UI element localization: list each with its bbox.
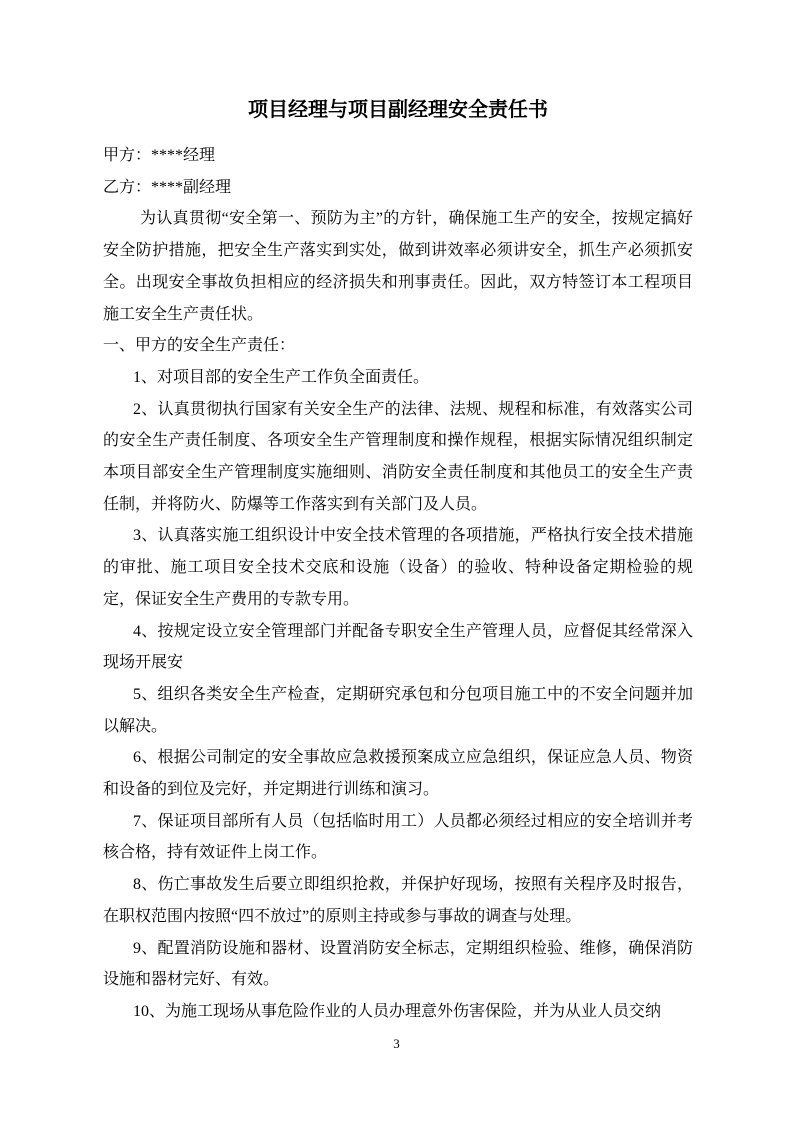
section-item-7: 7、保证项目部所有人员（包括临时用工）人员都必须经过相应的安全培训并考核合格，持…	[103, 806, 693, 869]
section-item-4: 4、按规定设立安全管理部门并配备专职安全生产管理人员，应督促其经常深入现场开展安	[103, 616, 693, 679]
section-item-10: 10、为施工现场从事危险作业的人员办理意外伤害保险，并为从业人员交纳	[103, 996, 693, 1028]
section-heading: 一、甲方的安全生产责任：	[103, 330, 693, 362]
party-b-line: 乙方：****副经理	[103, 172, 693, 204]
document-title: 项目经理与项目副经理安全责任书	[103, 96, 693, 124]
section-item-9: 9、配置消防设施和器材、设置消防安全标志，定期组织检验、维修，确保消防设施和器材…	[103, 933, 693, 996]
section-item-3: 3、认真落实施工组织设计中安全技术管理的各项措施，严格执行安全技术措施的审批、施…	[103, 520, 693, 615]
section-item-2: 2、认真贯彻执行国家有关安全生产的法律、法规、规程和标准，有效落实公司的安全生产…	[103, 394, 693, 521]
section-item-8: 8、伤亡事故发生后要立即组织抢救，并保护好现场，按照有关程序及时报告，在职权范围…	[103, 869, 693, 932]
intro-paragraph: 为认真贯彻“安全第一、预防为主”的方针，确保施工生产的安全，按规定搞好安全防护措…	[103, 203, 693, 330]
page-number: 3	[0, 1036, 793, 1052]
section-item-6: 6、根据公司制定的安全事故应急救援预案成立应急组织，保证应急人员、物资和设备的到…	[103, 742, 693, 805]
document-content: 项目经理与项目副经理安全责任书 甲方：****经理 乙方：****副经理 为认真…	[103, 96, 693, 1028]
section-item-1: 1、对项目部的安全生产工作负全面责任。	[103, 362, 693, 394]
document-page: 项目经理与项目副经理安全责任书 甲方：****经理 乙方：****副经理 为认真…	[0, 0, 793, 1122]
party-a-line: 甲方：****经理	[103, 140, 693, 172]
section-item-5: 5、组织各类安全生产检查，定期研究承包和分包项目施工中的不安全问题并加以解决。	[103, 679, 693, 742]
